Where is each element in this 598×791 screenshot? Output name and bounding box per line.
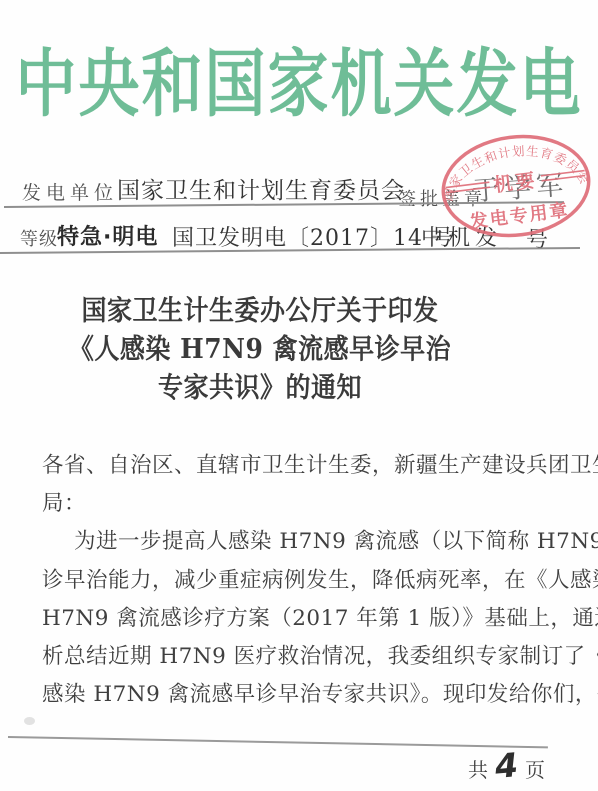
body-line: 为进一步提高人感染 H7N9 禽流感（以下简称 H7N9）早 [42, 523, 587, 561]
page-count: 共 4 页 [468, 746, 545, 785]
body-line: 感染 H7N9 禽流感早诊早治专家共识》。现印发给你们，供 H7N9 [42, 676, 587, 714]
sender-unit-label: 发电单位 [22, 178, 118, 205]
body-line: 诊早治能力，减少重症病例发生，降低病死率，在《人感染 [42, 562, 587, 600]
notice-body: 各省、自治区、直辖市卫生计生委，新疆生产建设兵团卫生 局： 为进一步提高人感染 … [42, 447, 587, 714]
body-line: 各省、自治区、直辖市卫生计生委，新疆生产建设兵团卫生 [42, 447, 587, 485]
sender-unit-value: 国家卫生和计划生育委员会 [117, 172, 405, 205]
footer-rule [8, 736, 548, 748]
priority-level-value: 特急·明电 [57, 220, 158, 251]
official-stamp: 国家卫生和计划生育委员会 机要 发电专用章 [432, 121, 598, 251]
body-line: 析总结近期 H7N9 医疗救治情况，我委组织专家制订了《人 [42, 638, 587, 676]
body-line: 局： [42, 485, 587, 523]
priority-level-label: 等级 [20, 225, 58, 251]
body-line: H7N9 禽流感诊疗方案（2017 年第 1 版）》基础上，通过分 [42, 600, 587, 638]
document-number: 国卫发明电〔2017〕14 号 [172, 221, 454, 252]
scan-smudge [24, 717, 35, 725]
notice-title-line: 专家共识》的通知 [0, 368, 520, 407]
stamp-bottom-text: 发电专用章 [468, 199, 571, 233]
masthead-title: 中央和国家机关发电 [0, 26, 598, 130]
page-count-number: 4 [493, 745, 519, 786]
notice-title-line: 《人感染 H7N9 禽流感早诊早治 [0, 330, 520, 369]
notice-title-line: 国家卫生计生委办公厅关于印发 [0, 291, 520, 330]
notice-title: 国家卫生计生委办公厅关于印发 《人感染 H7N9 禽流感早诊早治 专家共识》的通… [0, 291, 520, 407]
page-count-suffix: 页 [525, 746, 545, 783]
scanned-telegram-document: 中央和国家机关发电 发电单位 国家卫生和计划生育委员会 签批盖章 等级 特急·明… [0, 0, 598, 791]
stamp-center-text: 机要 [492, 168, 538, 196]
page-count-prefix: 共 [468, 746, 488, 783]
